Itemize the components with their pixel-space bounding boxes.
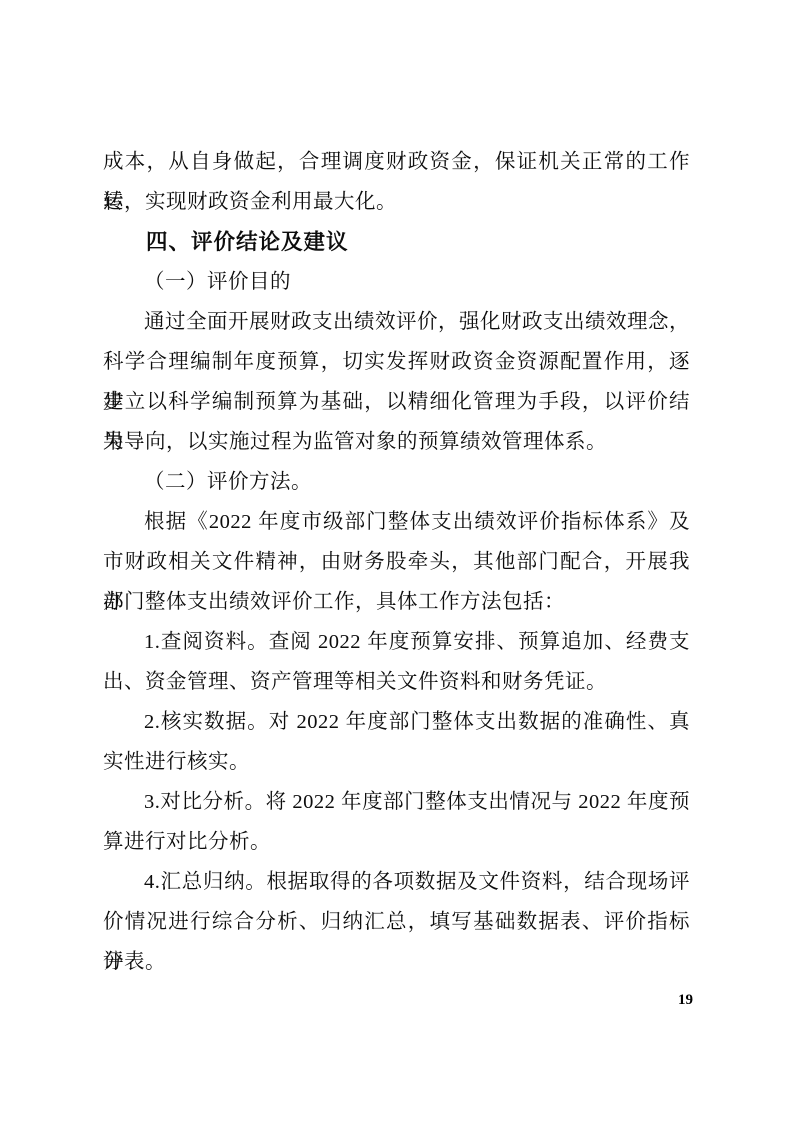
- text-line: 通过全面开展财政支出绩效评价，强化财政支出绩效理念，: [103, 302, 690, 342]
- text-line: 部门整体支出绩效评价工作，具体工作方法包括：: [103, 582, 690, 622]
- text-line: 转，实现财政资金利用最大化。: [103, 182, 690, 222]
- text-line: 1.查阅资料。查阅 2022 年度预算安排、预算追加、经费支: [103, 622, 690, 662]
- text-line: 价情况进行综合分析、归纳汇总，填写基础数据表、评价指标评: [103, 902, 690, 942]
- text-line: 出、资金管理、资产管理等相关文件资料和财务凭证。: [103, 662, 690, 702]
- page-number: 19: [0, 992, 693, 1009]
- text-line: 市财政相关文件精神，由财务股牵头，其他部门配合，开展我办: [103, 542, 690, 582]
- document-page: 成本，从自身做起，合理调度财政资金，保证机关正常的工作运转，实现财政资金利用最大…: [0, 0, 793, 1122]
- text-line: 算进行对比分析。: [103, 822, 690, 862]
- text-line: 科学合理编制年度预算，切实发挥财政资金资源配置作用，逐步: [103, 342, 690, 382]
- text-line: （一）评价目的: [103, 262, 690, 302]
- text-line: 建立以科学编制预算为基础，以精细化管理为手段，以评价结果: [103, 382, 690, 422]
- text-line: 2.核实数据。对 2022 年度部门整体支出数据的准确性、真: [103, 702, 690, 742]
- text-line: （二）评价方法。: [103, 462, 690, 502]
- text-line: 4.汇总归纳。根据取得的各项数据及文件资料，结合现场评: [103, 862, 690, 902]
- text-line: 根据《2022 年度市级部门整体支出绩效评价指标体系》及: [103, 502, 690, 542]
- text-line: 实性进行核实。: [103, 742, 690, 782]
- text-line: 为导向，以实施过程为监管对象的预算绩效管理体系。: [103, 422, 690, 462]
- text-line: 3.对比分析。将 2022 年度部门整体支出情况与 2022 年度预: [103, 782, 690, 822]
- document-body: 成本，从自身做起，合理调度财政资金，保证机关正常的工作运转，实现财政资金利用最大…: [103, 142, 690, 982]
- text-line: 成本，从自身做起，合理调度财政资金，保证机关正常的工作运: [103, 142, 690, 182]
- text-line: 分表。: [103, 942, 690, 982]
- section-heading: 四、评价结论及建议: [103, 222, 690, 262]
